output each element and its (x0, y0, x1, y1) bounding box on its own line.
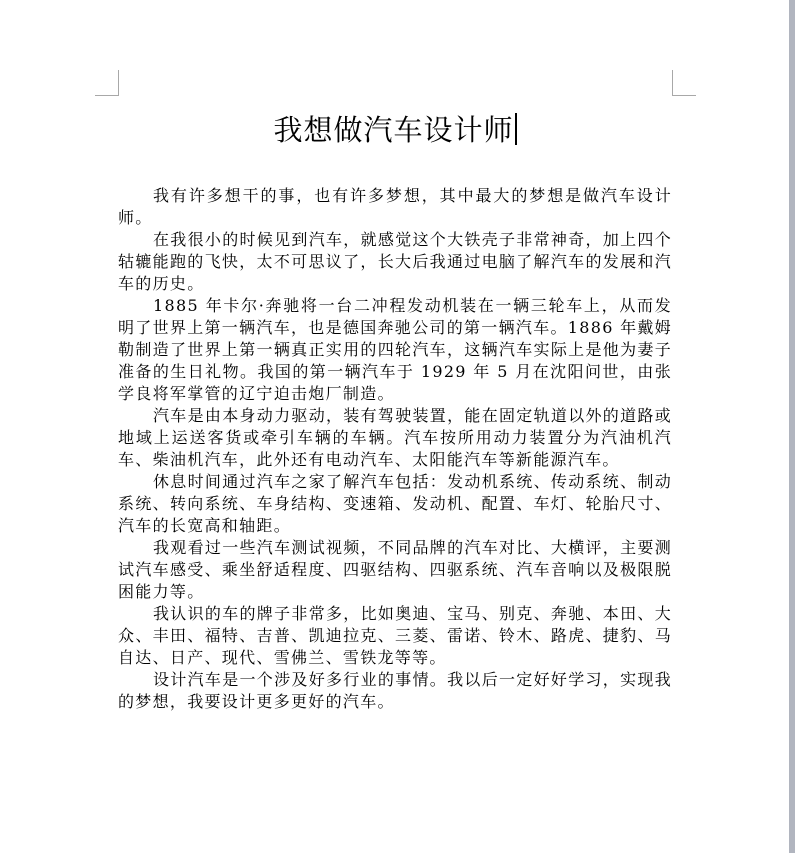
margin-mark-top-left (95, 95, 119, 96)
paragraph[interactable]: 1885 年卡尔·奔驰将一台二冲程发动机装在一辆三轮车上，从而发明了世界上第一辆… (118, 295, 672, 405)
paragraph[interactable]: 汽车是由本身动力驱动，装有驾驶装置，能在固定轨道以外的道路或地域上运送客货或牵引… (118, 405, 672, 471)
margin-mark-top-right (672, 95, 696, 96)
paragraph[interactable]: 设计汽车是一个涉及好多行业的事情。我以后一定好好学习，实现我的梦想，我要设计更多… (118, 669, 672, 713)
paragraph[interactable]: 在我很小的时候见到汽车，就感觉这个大铁壳子非常神奇，加上四个轱辘能跑的飞快，太不… (118, 229, 672, 295)
paragraph[interactable]: 我有许多想干的事，也有许多梦想，其中最大的梦想是做汽车设计师。 (118, 185, 672, 229)
document-body[interactable]: 我有许多想干的事，也有许多梦想，其中最大的梦想是做汽车设计师。 在我很小的时候见… (118, 185, 672, 713)
paragraph[interactable]: 我认识的车的牌子非常多，比如奥迪、宝马、别克、奔驰、本田、大众、丰田、福特、吉普… (118, 603, 672, 669)
right-edge-strip (789, 0, 795, 853)
text-cursor (515, 113, 517, 145)
paragraph[interactable]: 休息时间通过汽车之家了解汽车包括：发动机系统、传动系统、制动系统、转向系统、车身… (118, 471, 672, 537)
document-title[interactable]: 我想做汽车设计师 (118, 106, 672, 154)
paragraph[interactable]: 我观看过一些汽车测试视频，不同品牌的汽车对比、大横评，主要测试汽车感受、乘坐舒适… (118, 537, 672, 603)
document-page[interactable]: 我想做汽车设计师 我有许多想干的事，也有许多梦想，其中最大的梦想是做汽车设计师。… (0, 0, 795, 853)
margin-mark-top-left (118, 70, 119, 95)
margin-mark-top-right (672, 70, 673, 95)
document-title-text: 我想做汽车设计师 (273, 113, 513, 147)
